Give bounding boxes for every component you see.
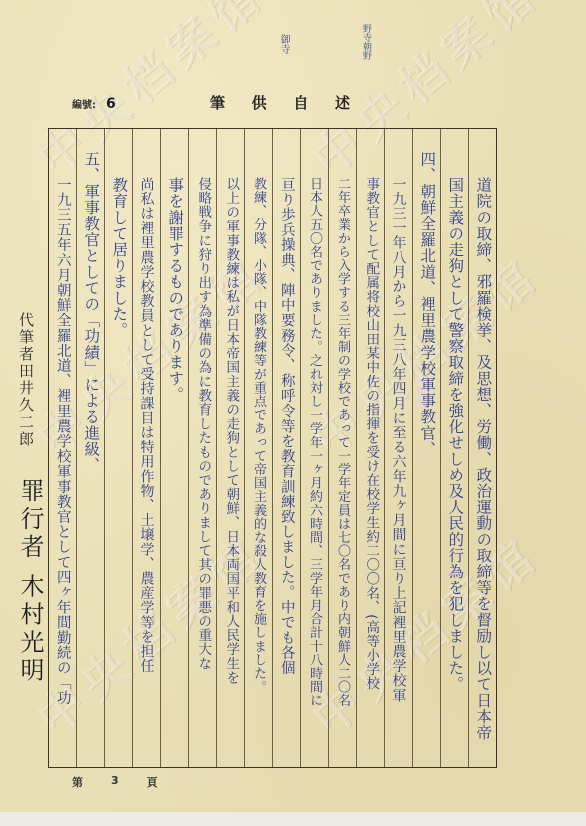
text-column: 尚私は裡里農学校教員として受持課目は特用作物、土壌学、農産学等を担任 xyxy=(132,129,160,767)
page-footer: 第 3 頁 xyxy=(72,774,158,790)
column-text: 教練、分隊、小隊、中隊教練等が重点であって帝国主義的な殺人教育を施しました。 xyxy=(252,177,265,694)
form-title-char: 自 xyxy=(293,92,308,113)
text-column: 教育して居りました。 xyxy=(104,129,132,767)
scribe-note: 代筆者田井久二郎 xyxy=(16,312,37,448)
column-text: 国主義の走狗として警察取締を強化せしめ及人民的行為を犯しました。 xyxy=(447,177,463,692)
form-title-char: 筆 xyxy=(210,92,225,113)
footer-prefix: 第 xyxy=(72,774,83,790)
column-text: 教育して居りました。 xyxy=(111,177,127,338)
column-text: 五、軍事教官としての「功績」による進級、 xyxy=(83,151,99,473)
column-text: 事教官として配属将校山田某中佐の指揮を受け在校学生約二〇〇名、(高等小学校 xyxy=(364,177,378,690)
column-text: 亘り歩兵操典、陣中要務令、称呼令等を教育訓練致しました。中でも各個 xyxy=(279,177,294,675)
column-text: 以上の軍事教練は私が日本帝国主義の走狗として朝鮮、日本両国平和人民学生を xyxy=(224,177,238,685)
text-column: 二年卒業から入学する三年制の学校であって一学年定員は七〇名であり内朝鮮人二〇名 xyxy=(328,129,356,767)
serial-value: 6 xyxy=(106,96,116,112)
form-title: 筆 供 自 述 xyxy=(210,92,350,113)
serial-number: 編號:6 xyxy=(72,96,116,112)
footer-suffix: 頁 xyxy=(147,774,158,790)
offender-signature: 罪行者 木村光明 xyxy=(13,478,48,686)
text-column: 日本人五〇名でありました。之れ対し一学年一ヶ月約六時間、三学年月合計十八時間に xyxy=(300,129,328,767)
text-column: 五、軍事教官としての「功績」による進級、 xyxy=(76,129,104,767)
column-text: 尚私は裡里農学校教員として受持課目は特用作物、土壌学、農産学等を担任 xyxy=(140,177,154,673)
text-column: 一九三一年八月から一九三八年四月に至る六年九ヶ月間に亘り上記裡里農学校軍 xyxy=(384,129,412,767)
column-text: 侵略戦争に狩り出す為準備の為に教育したものでありまして其の罪悪の重大な xyxy=(196,177,210,671)
page-number: 3 xyxy=(111,774,119,790)
form-title-char: 述 xyxy=(335,92,350,113)
manuscript-grid: 道院の取締、邪羅検挙、及思想、労働、政治運動の取締等を督励し以て日本帝 国主義の… xyxy=(48,128,497,768)
form-title-char: 供 xyxy=(252,92,267,113)
column-text: 事を謝罪するものであります。 xyxy=(167,177,183,402)
column-text: 二年卒業から入学する三年制の学校であって一学年定員は七〇名であり内朝鮮人二〇名 xyxy=(336,177,349,707)
text-column: 亘り歩兵操典、陣中要務令、称呼令等を教育訓練致しました。中でも各個 xyxy=(272,129,300,767)
text-column: 国主義の走狗として警察取締を強化せしめ及人民的行為を犯しました。 xyxy=(440,129,468,767)
column-text: 一九三五年六月朝鮮全羅北道、裡里農学校軍事教官として四ヶ年間勤続の「功 xyxy=(55,177,70,706)
document-page: 中央档案馆 中央档案馆 中央档案馆 中央档案馆 中央档案馆 中央档案馆 御寺 野… xyxy=(0,0,586,812)
text-column: 四、朝鮮全羅北道、裡里農学校軍事教官、 xyxy=(412,129,440,767)
text-column: 事を謝罪するものであります。 xyxy=(160,129,188,767)
text-column: 道院の取締、邪羅検挙、及思想、労働、政治運動の取締等を督励し以て日本帝 xyxy=(468,129,496,767)
column-text: 道院の取締、邪羅検挙、及思想、労働、政治運動の取締等を督励し以て日本帝 xyxy=(475,177,491,741)
top-annotation: 御寺 xyxy=(276,34,291,54)
text-column: 侵略戦争に狩り出す為準備の為に教育したものでありまして其の罪悪の重大な xyxy=(188,129,216,767)
column-text: 日本人五〇名でありました。之れ対し一学年一ヶ月約六時間、三学年月合計十八時間に xyxy=(308,177,321,707)
column-text: 一九三一年八月から一九三八年四月に至る六年九ヶ月間に亘り上記裡里農学校軍 xyxy=(392,177,406,703)
text-column: 以上の軍事教練は私が日本帝国主義の走狗として朝鮮、日本両国平和人民学生を xyxy=(216,129,244,767)
text-column: 教練、分隊、小隊、中隊教練等が重点であって帝国主義的な殺人教育を施しました。 xyxy=(244,129,272,767)
text-column: 一九三五年六月朝鮮全羅北道、裡里農学校軍事教官として四ヶ年間勤続の「功 xyxy=(49,129,76,767)
serial-label: 編號: xyxy=(72,100,96,111)
column-text: 四、朝鮮全羅北道、裡里農学校軍事教官、 xyxy=(419,151,435,457)
text-column: 事教官として配属将校山田某中佐の指揮を受け在校学生約二〇〇名、(高等小学校 xyxy=(356,129,384,767)
top-annotation: 野寺朝野 xyxy=(360,24,373,60)
